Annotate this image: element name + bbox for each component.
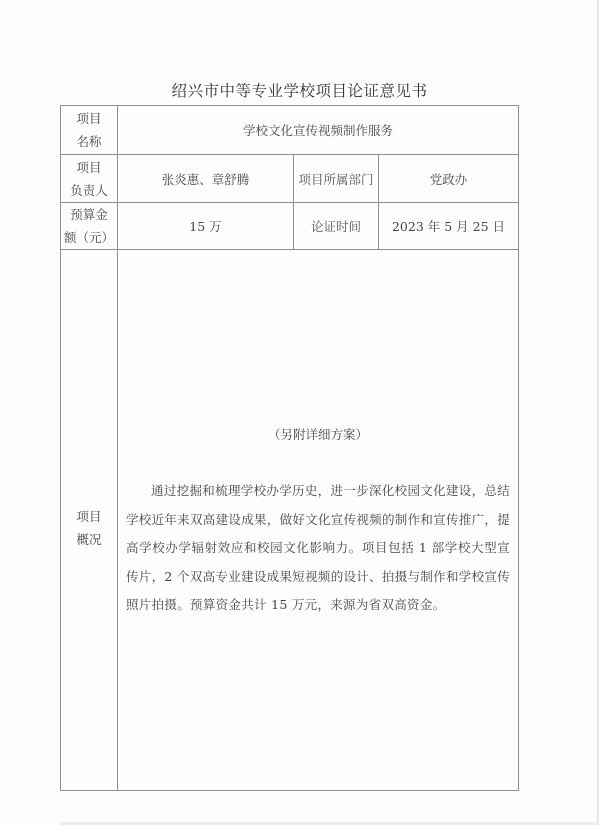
project-lead-value: 张炎惠、章舒腾 xyxy=(118,155,294,203)
overview-content: （另附详细方案） 通过挖掘和梳理学校办学历史，进一步深化校园文化建设，总结学校近… xyxy=(118,250,519,791)
review-date-label: 论证时间 xyxy=(294,203,379,250)
attachment-note: （另附详细方案） xyxy=(126,426,510,444)
project-review-form: 项目 名称 学校文化宣传视频制作服务 项目 负责人 张炎惠、章舒腾 项目所属部门… xyxy=(60,105,519,791)
row-project-lead: 项目 负责人 张炎惠、章舒腾 项目所属部门 党政办 xyxy=(61,155,519,203)
row-budget: 预算金 额（元） 15 万 论证时间 2023 年 5 月 25 日 xyxy=(61,203,519,250)
department-value: 党政办 xyxy=(379,155,519,203)
project-lead-label: 项目 负责人 xyxy=(61,155,118,203)
row-overview: 项目 概况 （另附详细方案） 通过挖掘和梳理学校办学历史，进一步深化校园文化建设… xyxy=(61,250,519,791)
row-project-name: 项目 名称 学校文化宣传视频制作服务 xyxy=(61,106,519,155)
department-label: 项目所属部门 xyxy=(294,155,379,203)
document-title: 绍兴市中等专业学校项目论证意见书 xyxy=(0,79,599,101)
project-name-label: 项目 名称 xyxy=(61,106,118,155)
review-date-value: 2023 年 5 月 25 日 xyxy=(379,203,519,250)
overview-label: 项目 概况 xyxy=(61,250,118,791)
budget-label: 预算金 额（元） xyxy=(61,203,118,250)
project-name-value: 学校文化宣传视频制作服务 xyxy=(118,106,519,155)
overview-text: 通过挖掘和梳理学校办学历史，进一步深化校园文化建设，总结学校近年来双高建设成果，… xyxy=(126,477,510,620)
budget-value: 15 万 xyxy=(118,203,294,250)
